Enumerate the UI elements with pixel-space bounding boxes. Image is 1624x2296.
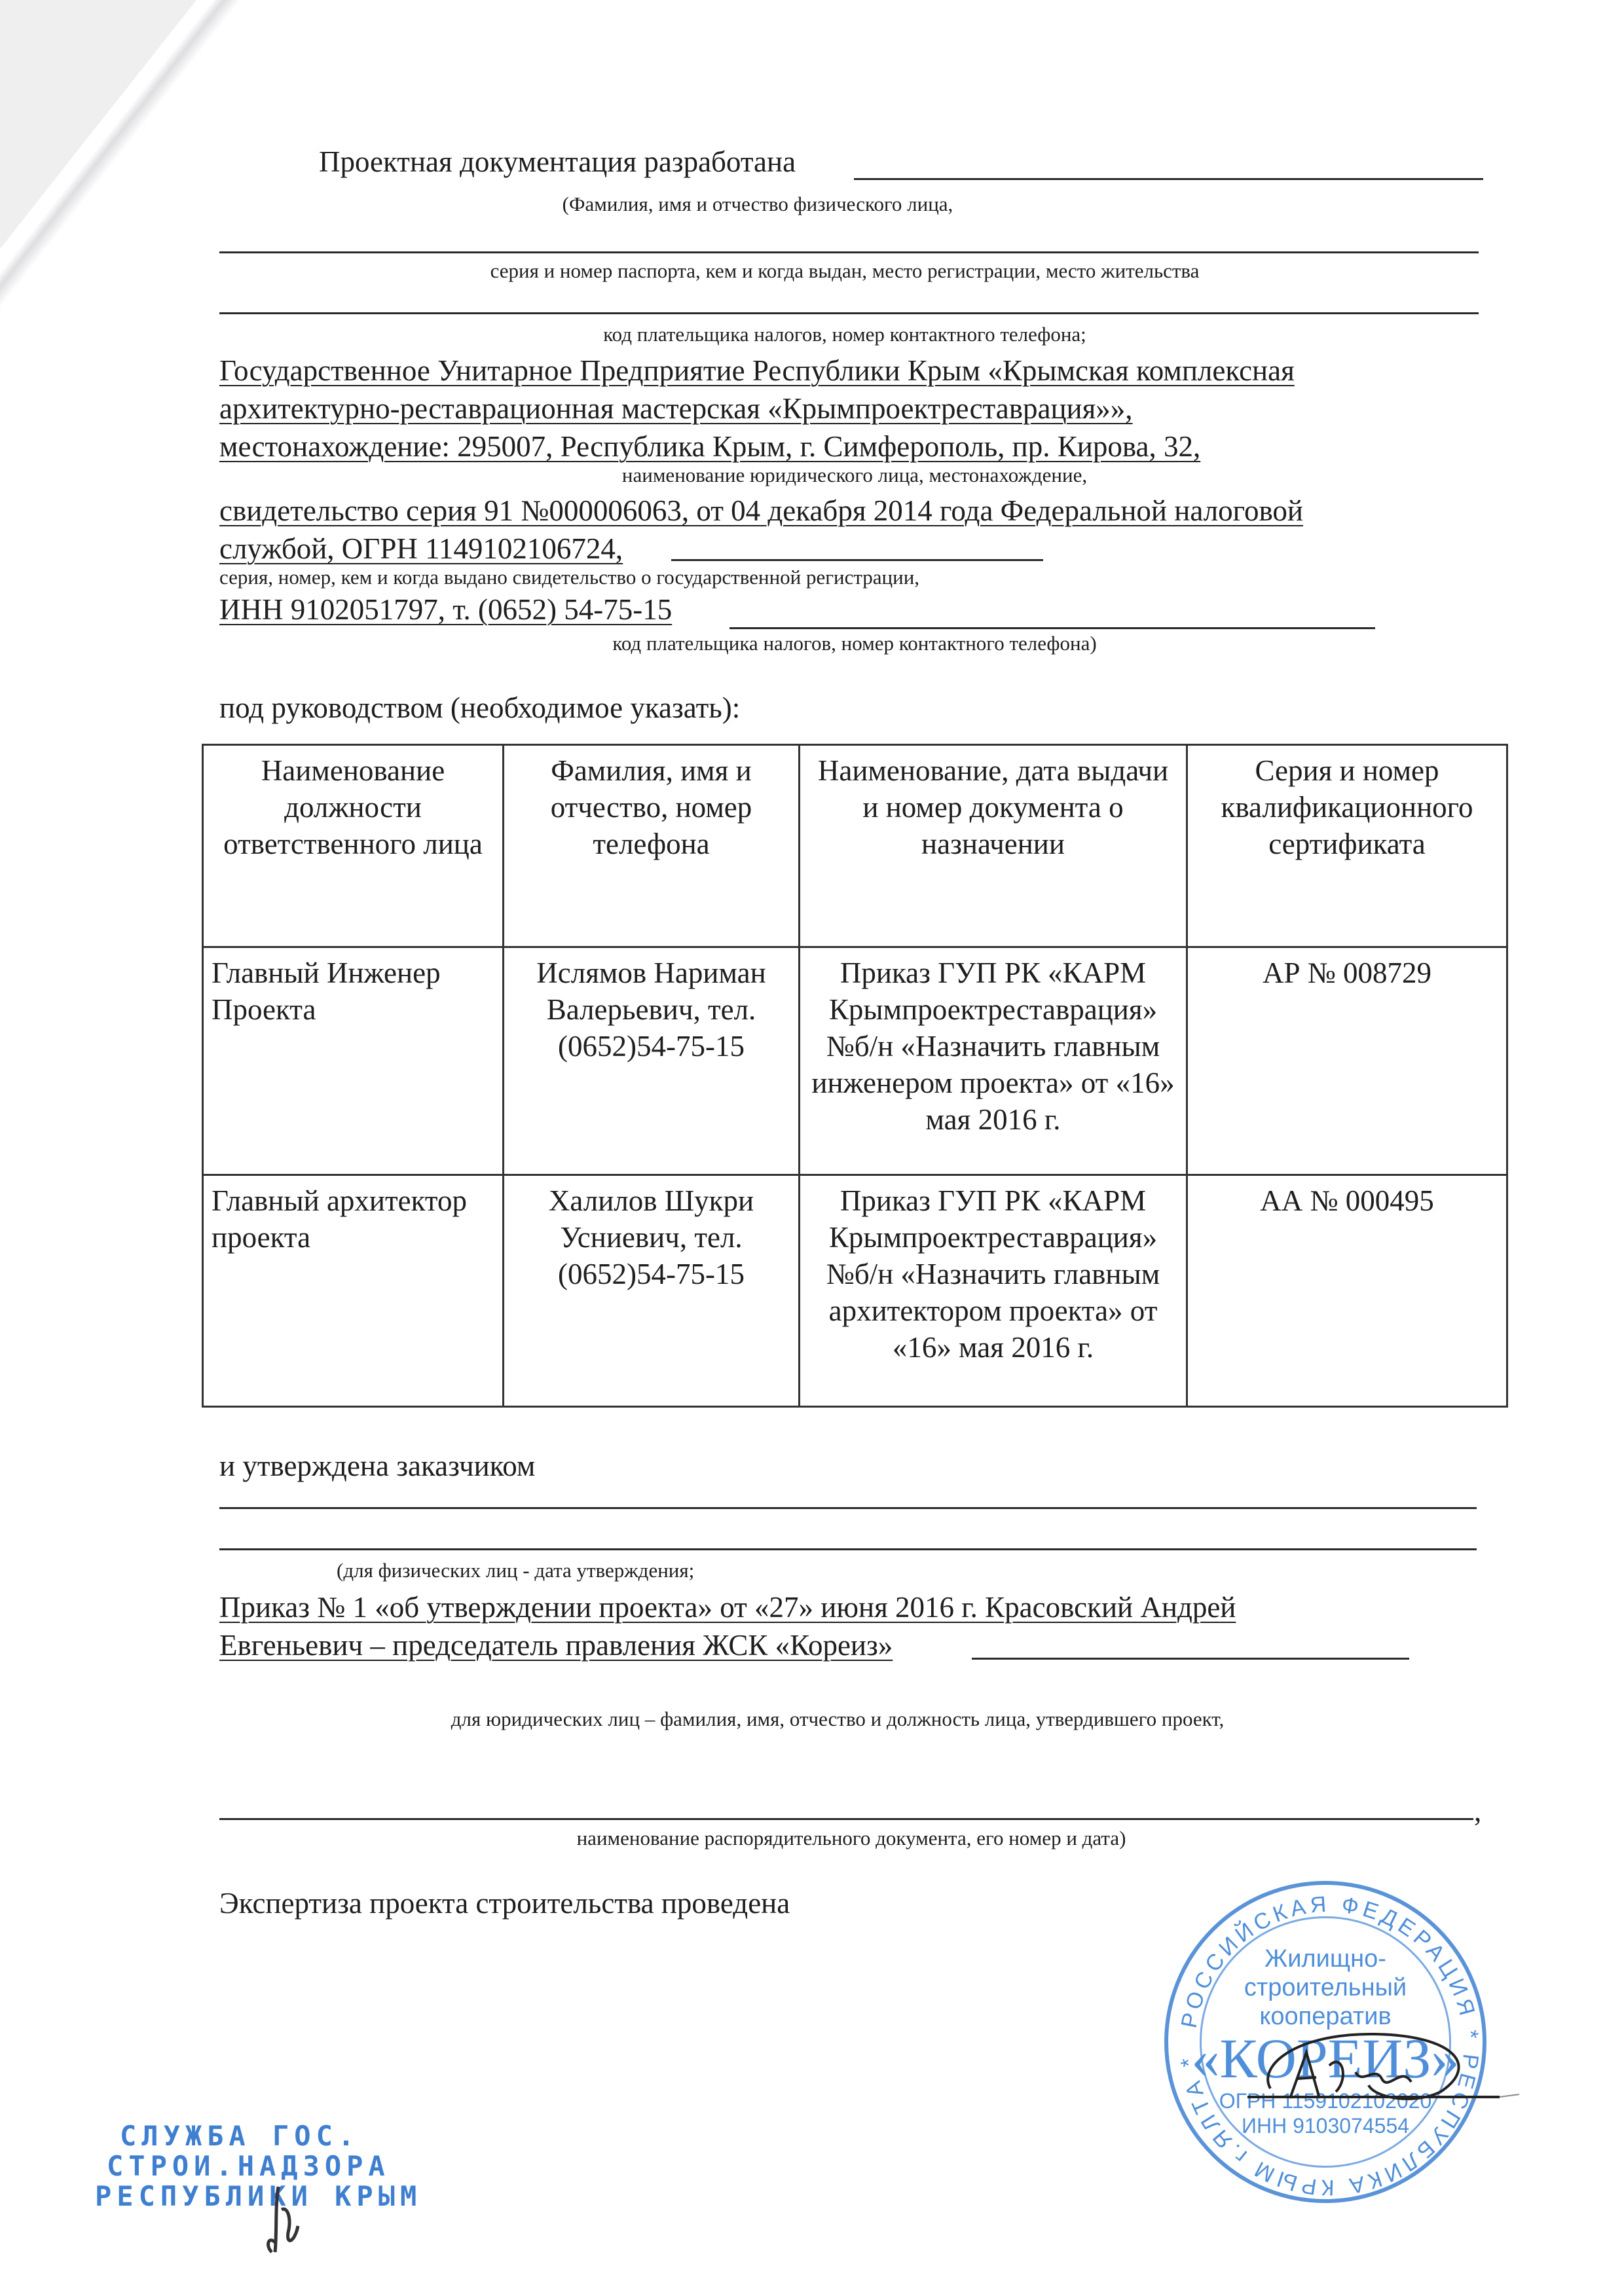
table-row: Главный архитектор проекта Халилов Шукри… xyxy=(203,1175,1507,1407)
approval-label: и утверждена заказчиком xyxy=(219,1447,535,1485)
certificate-line-2: службой, ОГРН 1149102106724, xyxy=(219,530,623,568)
row1-person: Ислямов Нариман Валерьевич, тел. (0652)5… xyxy=(504,947,800,1175)
header-position: Наименование должности ответственного ли… xyxy=(203,745,504,947)
caption-tax-code-1: код плательщика налогов, номер контактно… xyxy=(603,323,1086,346)
document-line xyxy=(219,1818,1473,1820)
stamp-inn: ИНН 9103074554 xyxy=(1168,2114,1483,2138)
caption-tax-code-2: код плательщика налогов, номер контактно… xyxy=(612,632,1096,655)
certificate-fill-line xyxy=(671,559,1043,561)
approval-order-line-1: Приказ № 1 «об утверждении проекта» от «… xyxy=(219,1588,1236,1626)
row2-document: Приказ ГУП РК «КАРМ Крымпроектреставраци… xyxy=(800,1175,1187,1407)
row1-position: Главный Инженер Проекта xyxy=(203,947,504,1175)
caption-legal-entity: для юридических лиц – фамилия, имя, отче… xyxy=(451,1707,1224,1731)
tax-phone-line: ИНН 9102051797, т. (0652) 54-75-15 xyxy=(219,591,672,629)
table-row: Главный Инженер Проекта Ислямов Нариман … xyxy=(203,947,1507,1175)
caption-individual-date: (для физических лиц - дата утверждения; xyxy=(337,1559,694,1582)
approval-fill-line xyxy=(972,1658,1409,1660)
passport-line xyxy=(219,251,1479,253)
row2-position: Главный архитектор проекта xyxy=(203,1175,504,1407)
header-document: Наименование, дата выдачи и номер докуме… xyxy=(800,745,1187,947)
approval-line-1 xyxy=(219,1507,1477,1509)
row2-certificate: АА № 000495 xyxy=(1187,1175,1507,1407)
tax-code-line xyxy=(219,312,1479,314)
expertise-label: Экспертиза проекта строительства проведе… xyxy=(219,1884,790,1922)
header-certificate: Серия и номер квалификационного сертифик… xyxy=(1187,745,1507,947)
caption-document: наименование распорядительного документа… xyxy=(577,1827,1126,1850)
header-person: Фамилия, имя и отчество, номер телефона xyxy=(504,745,800,947)
table-header-row: Наименование должности ответственного ли… xyxy=(203,745,1507,947)
approval-order-line-2: Евгеньевич – председатель правления ЖСК … xyxy=(219,1626,893,1664)
caption-passport: серия и номер паспорта, кем и когда выда… xyxy=(490,259,1200,283)
tax-phone-fill-line xyxy=(729,627,1375,629)
row1-document: Приказ ГУП РК «КАРМ Крымпроектреставраци… xyxy=(800,947,1187,1175)
approval-line-2 xyxy=(219,1548,1477,1550)
organization-line-3: местонахождение: 295007, Республика Крым… xyxy=(219,428,1200,465)
stamp-line-1: Жилищно- xyxy=(1168,1945,1483,1973)
caption-name-location: наименование юридического лица, местонах… xyxy=(622,464,1087,487)
certificate-line-1: свидетельство серия 91 №000006063, от 04… xyxy=(219,492,1303,530)
caption-certificate: серия, номер, кем и когда выдано свидете… xyxy=(219,566,919,589)
responsible-persons-table: Наименование должности ответственного ли… xyxy=(202,744,1508,1408)
gov-stamp-line-2: СТРОИ.НАДЗОРА xyxy=(107,2151,422,2181)
organization-line-2: архитектурно-реставрационная мастерская … xyxy=(219,390,1133,428)
trailing-comma: , xyxy=(1474,1792,1481,1830)
inspector-signature-icon xyxy=(259,2180,304,2265)
row1-certificate: АР № 008729 xyxy=(1187,947,1507,1175)
stamp-line-2: строительный xyxy=(1168,1974,1483,2001)
supervision-label: под руководством (необходимое указать): xyxy=(219,689,740,727)
row2-person: Халилов Шукри Усниевич, тел. (0652)54-75… xyxy=(504,1175,800,1407)
caption-individual-name: (Фамилия, имя и отчество физического лиц… xyxy=(563,192,953,216)
gov-stamp-line-1: СЛУЖБА ГОС. xyxy=(120,2121,422,2151)
signature-icon xyxy=(1244,2026,1519,2111)
developer-name-line xyxy=(854,178,1483,180)
organization-line-1: Государственное Унитарное Предприятие Ре… xyxy=(219,352,1295,390)
developed-by-label: Проектная документация разработана xyxy=(319,143,796,181)
page-fold-shadow xyxy=(0,0,314,314)
